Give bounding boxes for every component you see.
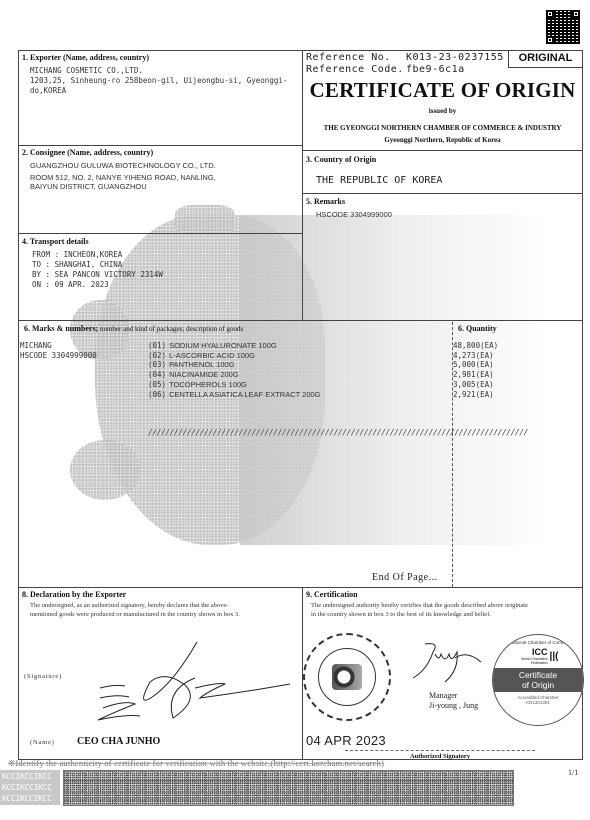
consignee-name: GUANGZHOU GULUWA BIOTECHNOLOGY CO., LTD. <box>30 161 216 170</box>
declaration-label: 8. Declaration by the Exporter <box>22 590 126 599</box>
goods-item-description: PANTHENOL 100G <box>169 360 234 369</box>
transport-from: FROM : INCHEON,KOREA <box>32 250 163 260</box>
marks-line1: MICHANG <box>20 341 97 351</box>
goods-item-quantity: 2,981(EA) <box>453 370 498 380</box>
remarks-value: HSCODE 3304999000 <box>316 210 392 219</box>
end-of-page: End Of Page... <box>372 572 438 583</box>
goods-item: (01)SODIUM HYALURONATE 100G <box>148 341 321 351</box>
goods-item-number: (05) <box>148 380 166 389</box>
certification-label: 9. Certification <box>306 590 358 599</box>
verification-note: ※Identify the authenticity of certificat… <box>8 758 384 769</box>
chamber-seal <box>303 633 391 721</box>
exporter-label: 1. Exporter (Name, address, country) <box>22 53 149 62</box>
goods-item-number: (03) <box>148 360 166 369</box>
issuer-location: Gyeonggi Northern, Republic of Korea <box>302 136 583 144</box>
kcci-watermark: KCCIKCCIKCC KCCIKCCIKCC KCCIKCCIKCC <box>0 770 60 805</box>
name-label: (Name) <box>30 739 55 746</box>
reference-code-label: Reference Code. <box>306 64 406 76</box>
goods-item-quantity: 4,273(EA) <box>453 351 498 361</box>
transport-by: BY : SEA PANCON VICTORY 2314W <box>32 270 163 280</box>
goods-item-number: (01) <box>148 341 166 350</box>
exporter-name: MICHANG COSMETIC CO.,LTD. <box>30 66 287 76</box>
consignee-address-line2: BAIYUN DISTRICT, GUANGZHOU <box>30 182 216 191</box>
goods-list: (01)SODIUM HYALURONATE 100G(02)L-ASCORBI… <box>148 341 321 399</box>
goods-item-description: NIACINAMIDE 200G <box>169 370 239 379</box>
certifier-name: Ji-young , Jung <box>429 701 478 711</box>
goods-item-quantity: 2,921(EA) <box>453 390 498 400</box>
quantity-list: 48,800(EA)4,273(EA)5,000(EA)2,981(EA)3,0… <box>453 341 498 399</box>
exporter-signature <box>95 640 295 725</box>
goods-item: (02)L-ASCORBIC ACID 100G <box>148 351 321 361</box>
goods-item-description: SODIUM HYALURONATE 100G <box>169 341 277 350</box>
exporter-signatory-name: CEO CHA JUNHO <box>77 736 160 747</box>
remarks-label: 5. Remarks <box>306 197 345 206</box>
goods-item-description: CENTELLA ASIATICA LEAF EXTRACT 200G <box>169 390 320 399</box>
goods-separator: ////////////////////////////////////////… <box>148 428 538 437</box>
goods-item: (04)NIACINAMIDE 200G <box>148 370 321 380</box>
transport-on: ON : 09 APR. 2023 <box>32 280 163 290</box>
security-pattern-strip <box>63 770 514 806</box>
exporter-address-line1: 1203,25, Sinheung-ro 258beon-gil, Uijeon… <box>30 76 287 86</box>
goods-item-quantity: 48,800(EA) <box>453 341 498 351</box>
goods-label: 6. Marks & numbers; number and kind of p… <box>24 324 243 333</box>
exporter-address-line2: do,KOREA <box>30 86 287 96</box>
qr-code <box>546 10 580 44</box>
certification-text-line1: The undersigned authority hereby certifi… <box>311 602 528 611</box>
goods-item-number: (06) <box>148 390 166 399</box>
reference-no-label: Reference No. <box>306 52 406 64</box>
icc-badge: International Chamber of Commerce ICC Wo… <box>492 634 584 726</box>
certification-text-line2: in the country shown in box 3 to the bes… <box>311 611 528 620</box>
goods-item: (03)PANTHENOL 100G <box>148 360 321 370</box>
consignee-address-line1: ROOM 512, NO. 2, NANYE YIHENG ROAD, NANL… <box>30 173 216 182</box>
goods-item: (06)CENTELLA ASIATICA LEAF EXTRACT 200G <box>148 390 321 400</box>
goods-item-description: L-ASCORBIC ACID 100G <box>169 351 255 360</box>
issuer-name: THE GYEONGGI NORTHERN CHAMBER OF COMMERC… <box>302 124 583 132</box>
marks-line2: HSCODE 3304999000 <box>20 351 97 361</box>
goods-item-description: TOCOPHEROLS 100G <box>169 380 247 389</box>
goods-item: (05)TOCOPHEROLS 100G <box>148 380 321 390</box>
signature-label: (Signature) <box>24 673 62 680</box>
issued-by-label: issued by <box>302 107 583 115</box>
country-of-origin-label: 3. Country of Origin <box>306 155 376 164</box>
goods-item-number: (02) <box>148 351 166 360</box>
transport-to: TO : SHANGHAI, CHINA <box>32 260 163 270</box>
goods-item-quantity: 3,005(EA) <box>453 380 498 390</box>
page-indicator: 1/1 <box>568 768 578 777</box>
declaration-text-line1: The undersigned, as an authorized signat… <box>30 602 240 611</box>
goods-item-number: (04) <box>148 370 166 379</box>
goods-item-quantity: 5,000(EA) <box>453 360 498 370</box>
transport-label: 4. Transport details <box>22 237 89 246</box>
certifier-title: Manager <box>429 691 478 701</box>
consignee-label: 2. Consignee (Name, address, country) <box>22 148 153 157</box>
reference-code: fbe9-6c1a <box>406 64 465 75</box>
quantity-label: 6. Quantity <box>458 324 497 333</box>
reference-no: K013-23-0237155 <box>406 52 504 63</box>
certifier-signature <box>405 640 485 685</box>
country-of-origin-value: THE REPUBLIC OF KOREA <box>316 175 442 186</box>
declaration-text-line2: mentioned goods were produced or manufac… <box>30 611 240 620</box>
certification-date: 04 APR 2023 <box>306 733 386 748</box>
document-title: CERTIFICATE OF ORIGIN <box>302 78 583 103</box>
copy-type-badge: ORIGINAL <box>508 52 583 64</box>
